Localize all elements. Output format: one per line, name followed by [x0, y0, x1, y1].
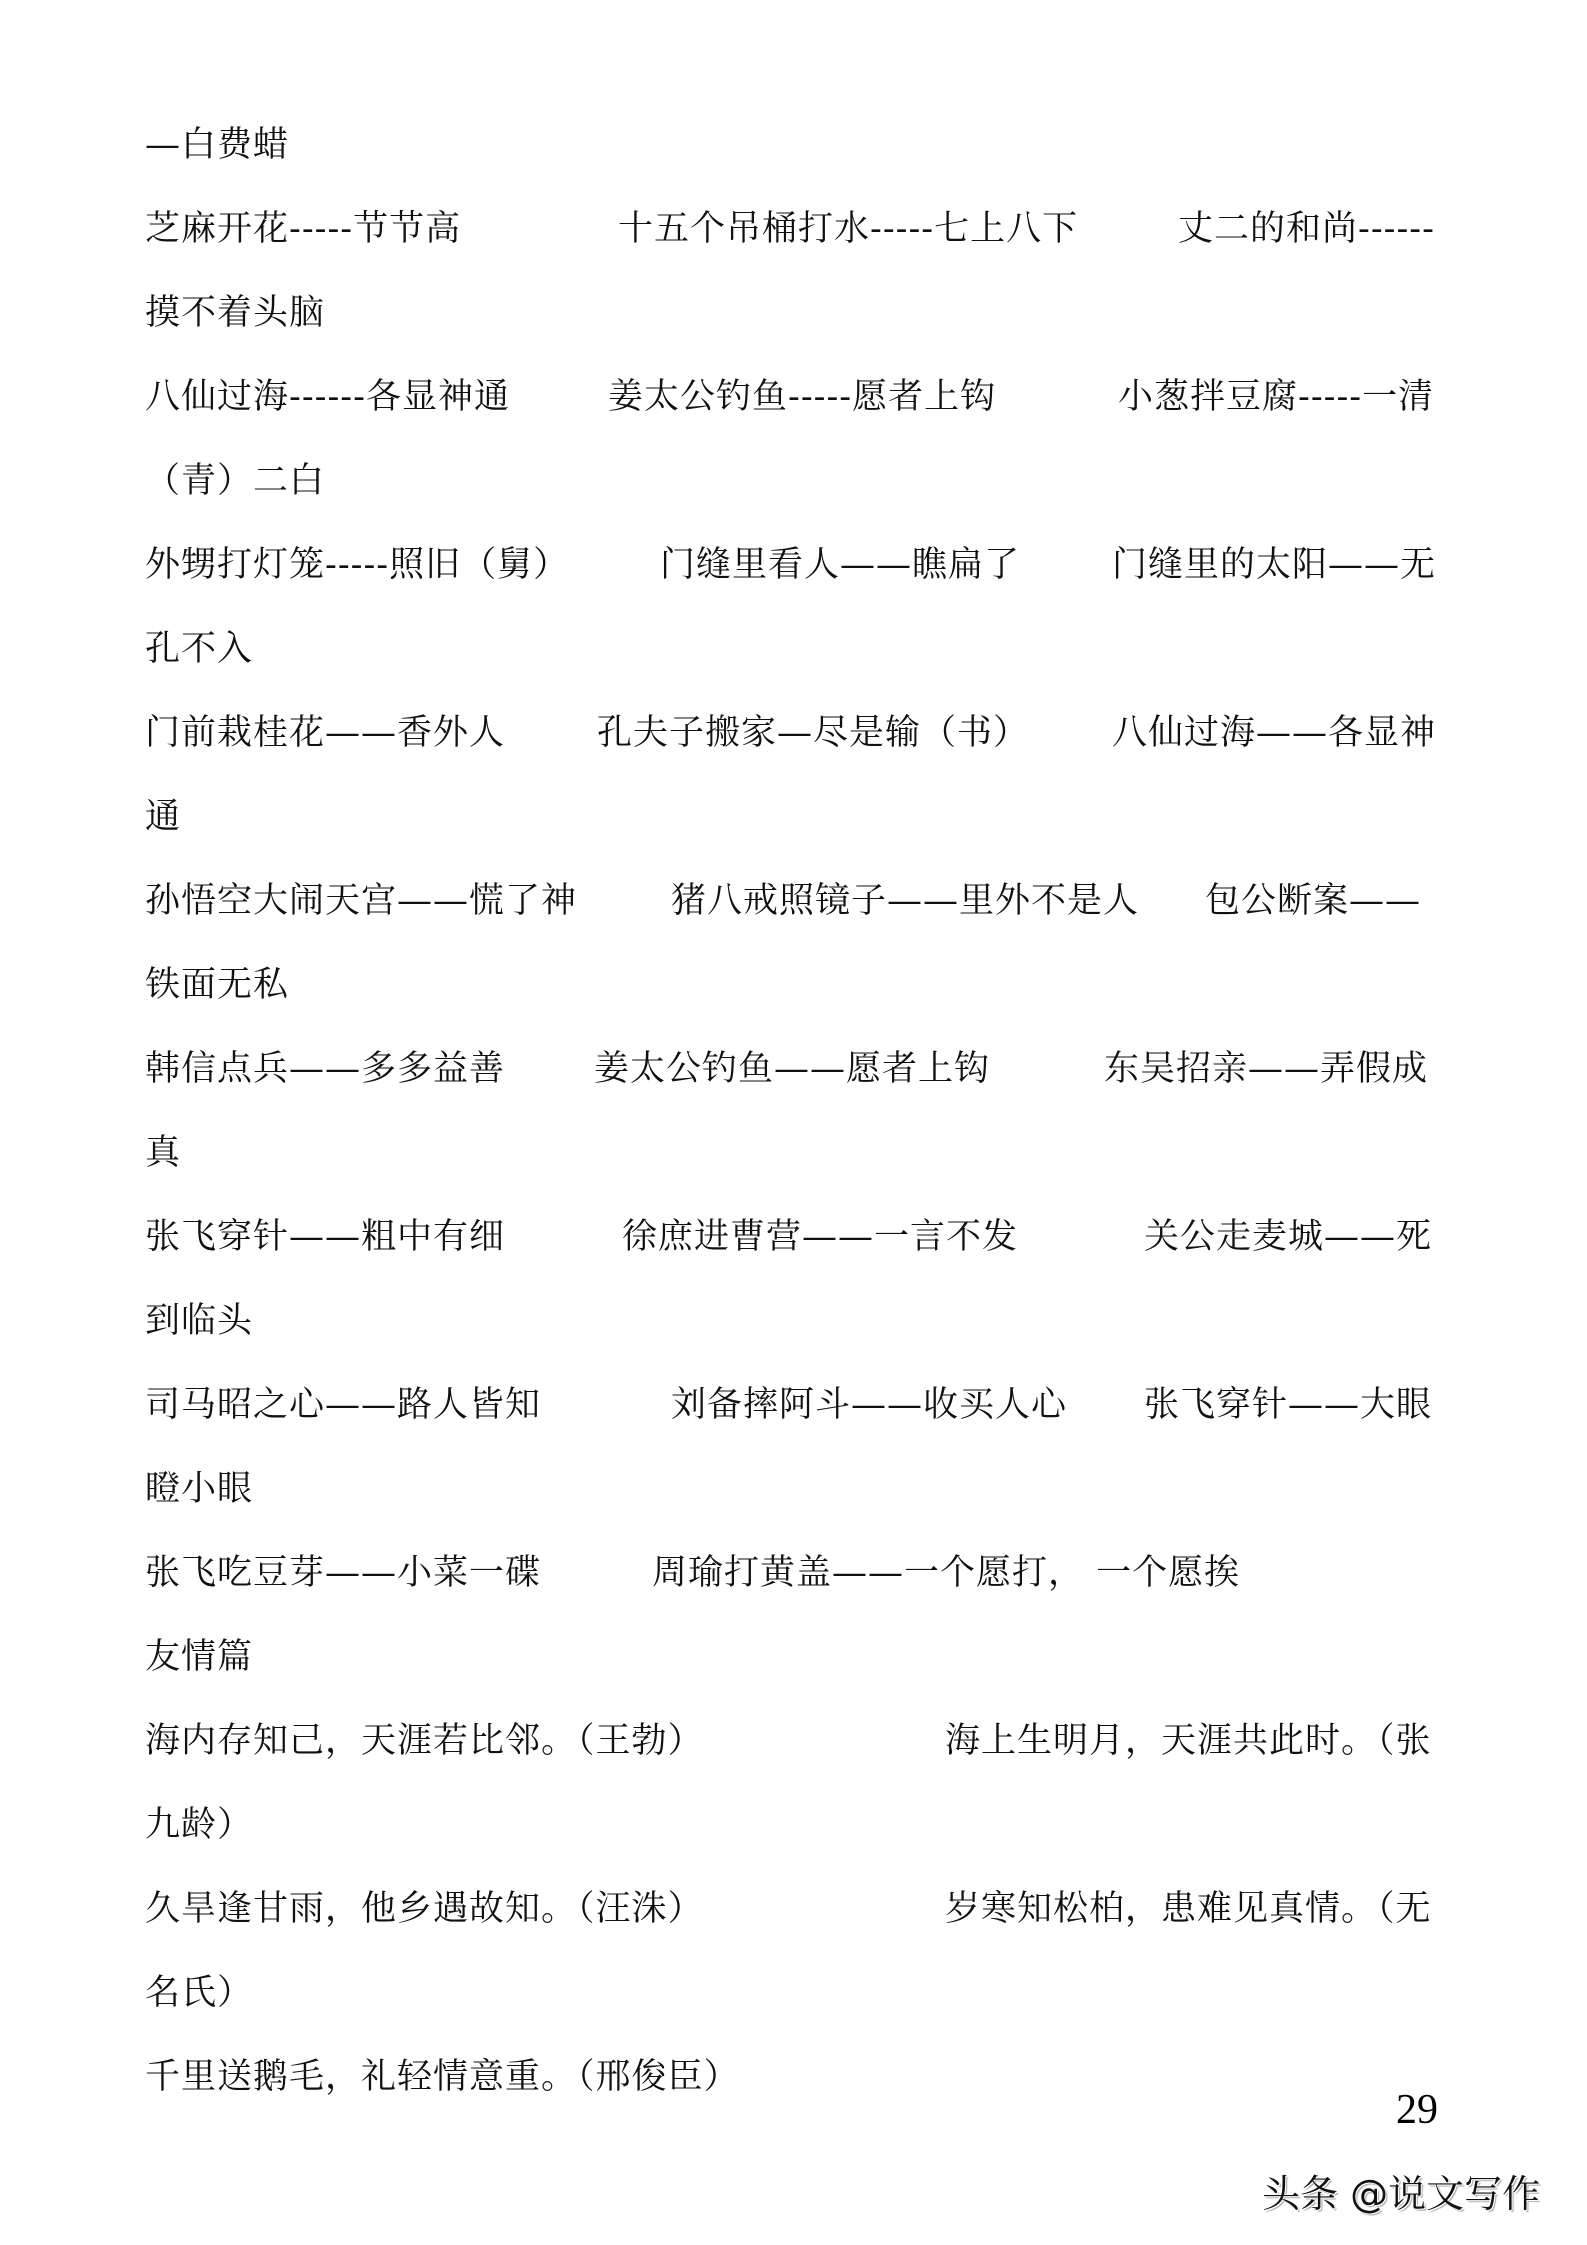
text-segment: 岁寒知松柏，患难见真情。（无 — [945, 1884, 1432, 1934]
text-line: 司马昭之心——路人皆知刘备摔阿斗——收买人心张飞穿针——大眼 — [0, 1380, 1587, 1430]
text-line: 瞪小眼 — [0, 1464, 1587, 1514]
text-segment: 通 — [145, 792, 181, 842]
text-segment: 姜太公钓鱼-----愿者上钩 — [608, 372, 996, 422]
text-segment: 小葱拌豆腐-----一清 — [1118, 372, 1434, 422]
text-segment: 东吴招亲——弄假成 — [1104, 1044, 1428, 1094]
text-segment: 孔夫子搬家—尽是输（书） — [597, 708, 1029, 758]
text-line: 张飞穿针——粗中有细徐庶进曹营——一言不发关公走麦城——死 — [0, 1212, 1587, 1262]
text-segment: 铁面无私 — [145, 960, 289, 1010]
text-segment: 外甥打灯笼-----照旧（舅） — [145, 540, 569, 590]
text-segment: 名氏） — [145, 1968, 253, 2018]
text-segment: 韩信点兵——多多益善 — [145, 1044, 505, 1094]
text-segment: 芝麻开花-----节节高 — [145, 204, 461, 254]
text-line: 门前栽桂花——香外人孔夫子搬家—尽是输（书）八仙过海——各显神 — [0, 708, 1587, 758]
text-line: 八仙过海------各显神通姜太公钓鱼-----愿者上钩小葱拌豆腐-----一清 — [0, 372, 1587, 422]
text-segment: 包公断案—— — [1205, 876, 1421, 926]
text-segment: 丈二的和尚------ — [1178, 204, 1435, 254]
text-line: 张飞吃豆芽——小菜一碟周瑜打黄盖——一个愿打， 一个愿挨 — [0, 1548, 1587, 1598]
text-segment: 千里送鹅毛，礼轻情意重。（邢俊臣） — [145, 2052, 740, 2102]
watermark: 头条 @说文写作 — [1262, 2170, 1540, 2218]
text-line: 到临头 — [0, 1296, 1587, 1346]
text-segment: 十五个吊桶打水-----七上八下 — [618, 204, 1078, 254]
text-segment: 孔不入 — [145, 624, 253, 674]
text-line: 铁面无私 — [0, 960, 1587, 1010]
text-segment: 摸不着头脑 — [145, 288, 325, 338]
text-segment: 门前栽桂花——香外人 — [145, 708, 505, 758]
text-segment: 张飞穿针——粗中有细 — [145, 1212, 505, 1262]
text-segment: 到临头 — [145, 1296, 253, 1346]
text-line: 久旱逢甘雨，他乡遇故知。（汪洙）岁寒知松柏，患难见真情。（无 — [0, 1884, 1587, 1934]
text-segment: 徐庶进曹营——一言不发 — [622, 1212, 1018, 1262]
text-line: （青）二白 — [0, 456, 1587, 506]
text-line: 韩信点兵——多多益善姜太公钓鱼——愿者上钩东吴招亲——弄假成 — [0, 1044, 1587, 1094]
page-number: 29 — [1396, 2085, 1438, 2135]
text-line: 真 — [0, 1128, 1587, 1178]
text-line: 芝麻开花-----节节高十五个吊桶打水-----七上八下丈二的和尚------ — [0, 204, 1587, 254]
text-segment: 友情篇 — [145, 1632, 253, 1682]
text-segment: 九龄） — [145, 1800, 253, 1850]
text-line: 摸不着头脑 — [0, 288, 1587, 338]
text-segment: 周瑜打黄盖——一个愿打， 一个愿挨 — [652, 1548, 1240, 1598]
text-segment: 门缝里的太阳——无 — [1112, 540, 1436, 590]
text-segment: 瞪小眼 — [145, 1464, 253, 1514]
text-line: 外甥打灯笼-----照旧（舅）门缝里看人——瞧扁了门缝里的太阳——无 — [0, 540, 1587, 590]
text-line: —白费蜡 — [0, 120, 1587, 170]
text-segment: 久旱逢甘雨，他乡遇故知。（汪洙） — [145, 1884, 704, 1934]
text-segment: 张飞穿针——大眼 — [1144, 1380, 1432, 1430]
text-segment: 海内存知己，天涯若比邻。（王勃） — [145, 1716, 704, 1766]
text-segment: 真 — [145, 1128, 181, 1178]
text-segment: 八仙过海------各显神通 — [145, 372, 510, 422]
text-line: 孙悟空大闹天宫——慌了神猪八戒照镜子——里外不是人包公断案—— — [0, 876, 1587, 926]
text-segment: 八仙过海——各显神 — [1112, 708, 1436, 758]
text-line: 通 — [0, 792, 1587, 842]
text-segment: 刘备摔阿斗——收买人心 — [671, 1380, 1067, 1430]
text-line: 孔不入 — [0, 624, 1587, 674]
text-segment: （青）二白 — [145, 456, 325, 506]
text-line: 海内存知己，天涯若比邻。（王勃）海上生明月，天涯共此时。（张 — [0, 1716, 1587, 1766]
text-segment: 猪八戒照镜子——里外不是人 — [671, 876, 1139, 926]
text-segment: 张飞吃豆芽——小菜一碟 — [145, 1548, 541, 1598]
text-segment: —白费蜡 — [145, 120, 289, 170]
text-line: 千里送鹅毛，礼轻情意重。（邢俊臣） — [0, 2052, 1587, 2102]
text-segment: 孙悟空大闹天宫——慌了神 — [145, 876, 577, 926]
text-segment: 海上生明月，天涯共此时。（张 — [945, 1716, 1432, 1766]
text-segment: 关公走麦城——死 — [1144, 1212, 1432, 1262]
text-segment: 姜太公钓鱼——愿者上钩 — [594, 1044, 990, 1094]
text-line: 九龄） — [0, 1800, 1587, 1850]
text-line: 名氏） — [0, 1968, 1587, 2018]
text-line: 友情篇 — [0, 1632, 1587, 1682]
text-segment: 门缝里看人——瞧扁了 — [660, 540, 1020, 590]
text-segment: 司马昭之心——路人皆知 — [145, 1380, 541, 1430]
